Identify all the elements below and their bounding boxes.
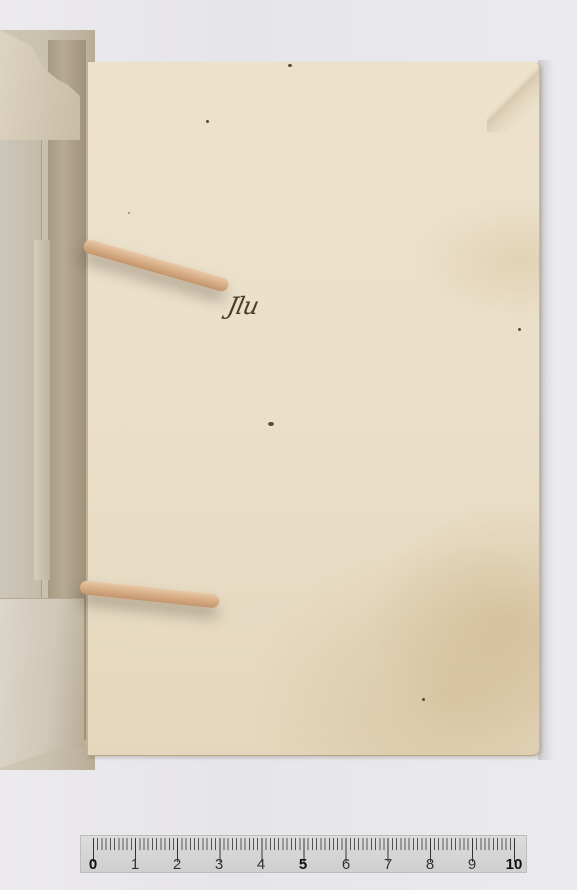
scale-ruler: 0 1 2 3 4 5 6 7 8 9 10: [80, 835, 527, 873]
page-edge-shadow: [538, 60, 554, 760]
ruler-labels: 0 1 2 3 4 5 6 7 8 9 10: [81, 856, 526, 874]
foxing-spot: [288, 64, 292, 67]
book-page: [86, 62, 540, 756]
ruler-label: 9: [468, 856, 476, 873]
folded-corner: [487, 62, 539, 132]
ruler-label: 5: [299, 856, 307, 873]
ruler-label: 8: [426, 856, 434, 873]
ruler-label: 0: [89, 856, 97, 873]
foxing-spot: [206, 120, 209, 123]
ruler-label: 1: [131, 856, 139, 873]
ruler-label: 7: [384, 856, 392, 873]
ruler-label: 10: [506, 856, 523, 873]
ink-inscription: Jlu: [225, 292, 261, 320]
foxing-spot: [422, 698, 425, 701]
ruler-label: 3: [215, 856, 223, 873]
ruler-label: 4: [257, 856, 265, 873]
ruler-label: 6: [342, 856, 350, 873]
left-flyleaf-fold: [34, 240, 50, 580]
cover-fragment-bottom: [0, 598, 84, 768]
foxing-spot: [268, 422, 274, 426]
foxing-spot: [128, 212, 130, 214]
ruler-label: 2: [173, 856, 181, 873]
foxing-spot: [518, 328, 521, 331]
